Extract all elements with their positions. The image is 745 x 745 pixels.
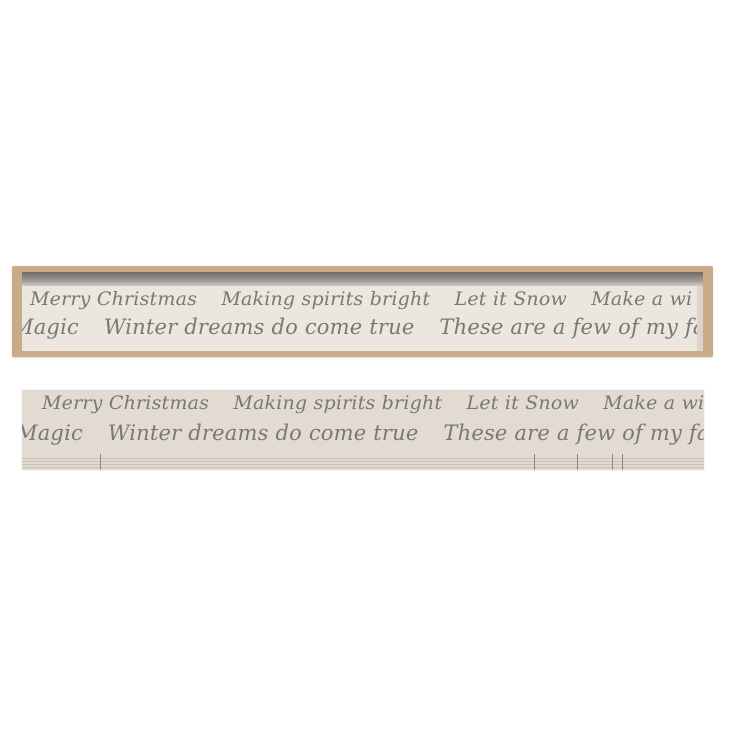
phrase: Magic <box>22 315 79 339</box>
phrase: Making spirits bright <box>221 288 430 310</box>
phrase: These are a few of my favorite thi <box>439 315 697 339</box>
phrase: Let it Snow <box>467 392 579 414</box>
staff-barline <box>577 454 578 470</box>
kraft-gift-box: Merry Christmas Making spirits bright Le… <box>12 266 713 357</box>
staff-barline <box>612 454 613 470</box>
phrase: Make a wi <box>603 392 704 414</box>
phrase: These are a few of my favorite thi <box>443 421 704 445</box>
staff-barline <box>534 454 535 470</box>
phrase: Winter dreams do come true <box>108 421 419 445</box>
unboxed-script-strip: Merry Christmas Making spirits bright Le… <box>22 390 704 470</box>
phrase: Make a wi <box>591 288 692 310</box>
phrase: Magic <box>22 421 83 445</box>
boxed-script-paper: Merry Christmas Making spirits bright Le… <box>22 285 697 351</box>
script-line-2: Magic Winter dreams do come true These a… <box>22 315 697 339</box>
script-line-2: Magic Winter dreams do come true These a… <box>22 421 704 445</box>
script-line-1: Merry Christmas Making spirits bright Le… <box>30 288 697 310</box>
staff-barline <box>100 454 101 470</box>
script-line-1: Merry Christmas Making spirits bright Le… <box>42 392 704 414</box>
phrase: Merry Christmas <box>30 288 197 310</box>
lid-shadow <box>22 272 703 286</box>
music-staff-lines <box>22 456 704 470</box>
staff-barline <box>622 454 623 470</box>
phrase: Making spirits bright <box>233 392 442 414</box>
clear-lid-window: Merry Christmas Making spirits bright Le… <box>22 272 703 351</box>
phrase: Let it Snow <box>455 288 567 310</box>
phrase: Winter dreams do come true <box>104 315 415 339</box>
phrase: Merry Christmas <box>42 392 209 414</box>
